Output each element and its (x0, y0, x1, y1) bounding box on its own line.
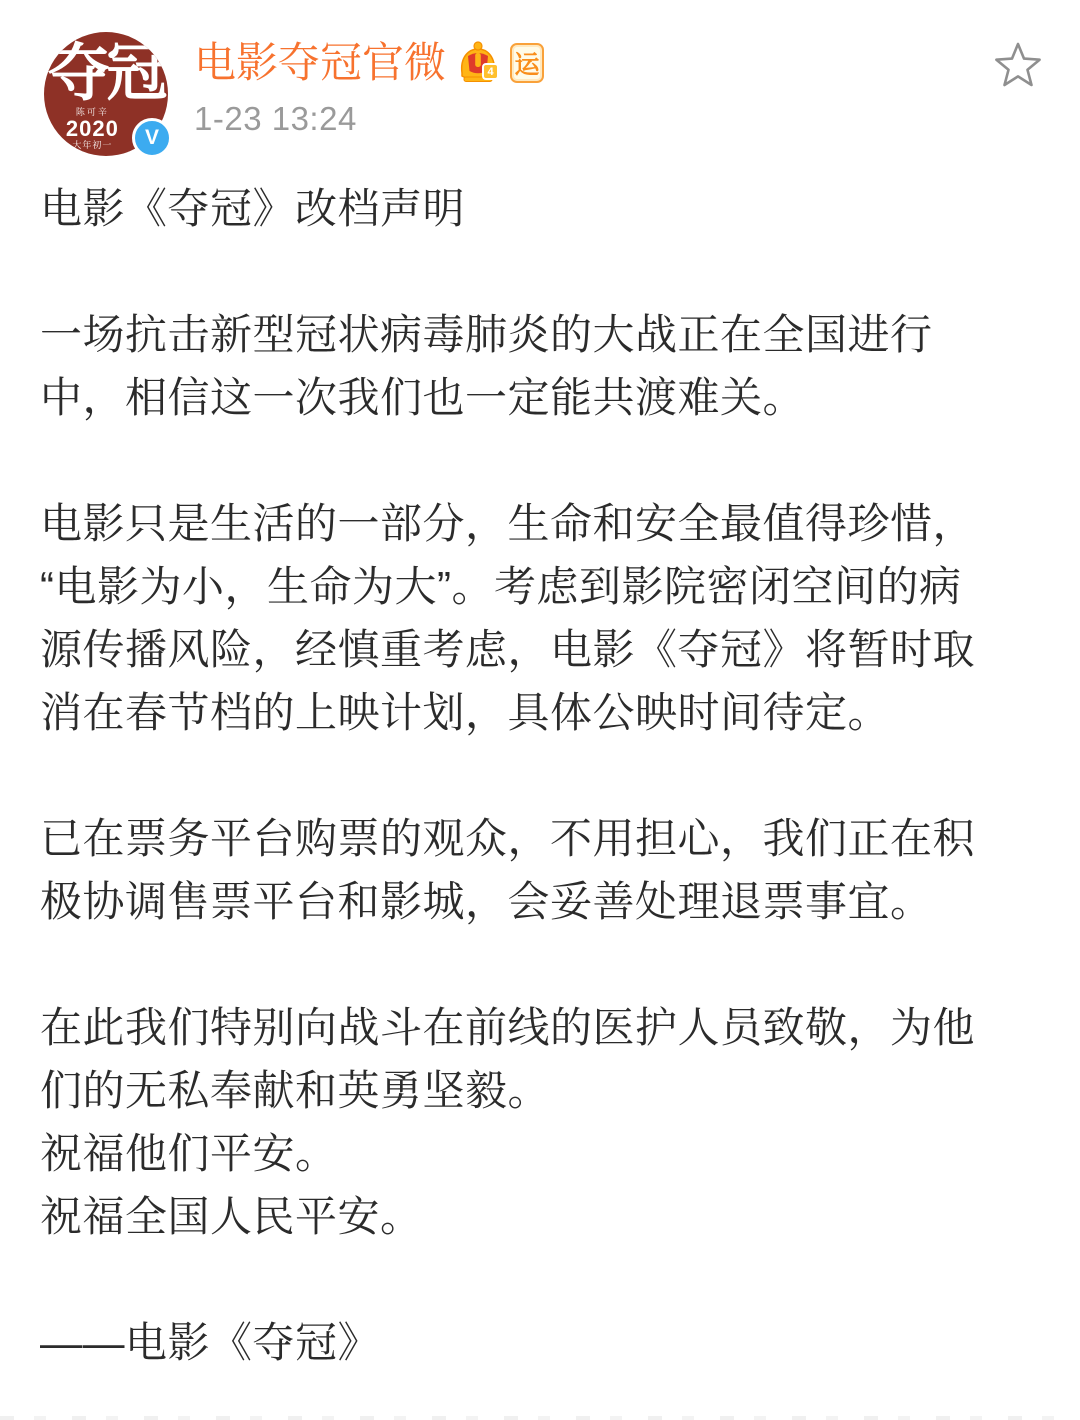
star-outline-glyph (994, 40, 1042, 88)
weibo-post-card: 夺冠 陈可辛 2020 大年初一 V 电影夺冠官微 (0, 0, 1080, 1420)
post-header: 夺冠 陈可辛 2020 大年初一 V 电影夺冠官微 (0, 0, 1080, 156)
avatar-subtext: 陈可辛 2020 大年初一 (44, 108, 141, 150)
name-row: 电影夺冠官微 4 运 (194, 40, 1044, 86)
post-text: 电影《夺冠》改档声明 一场抗击新型冠状病毒肺炎的大战正在全国进行 中，相信这一次… (40, 177, 1040, 1374)
username-link[interactable]: 电影夺冠官微 (194, 40, 446, 86)
avatar-date-text: 大年初一 (44, 141, 141, 150)
post-timestamp: 1-23 13:24 (194, 100, 1044, 138)
avatar-director-text: 陈可辛 (44, 108, 141, 117)
avatar-movie-title: 夺冠 (44, 40, 168, 108)
favorite-star-icon[interactable] (994, 40, 1042, 88)
cutoff-next-row (0, 1416, 1080, 1420)
user-info: 电影夺冠官微 4 运 1-23 13:24 (194, 32, 1044, 138)
sports-badge-icon[interactable]: 运 (510, 43, 544, 83)
verified-badge-icon: V (132, 118, 172, 158)
vip-level-number: 4 (482, 63, 499, 80)
avatar[interactable]: 夺冠 陈可辛 2020 大年初一 V (44, 32, 168, 156)
vip-crown-icon[interactable]: 4 (456, 40, 500, 86)
avatar-year-text: 2020 (44, 117, 141, 140)
